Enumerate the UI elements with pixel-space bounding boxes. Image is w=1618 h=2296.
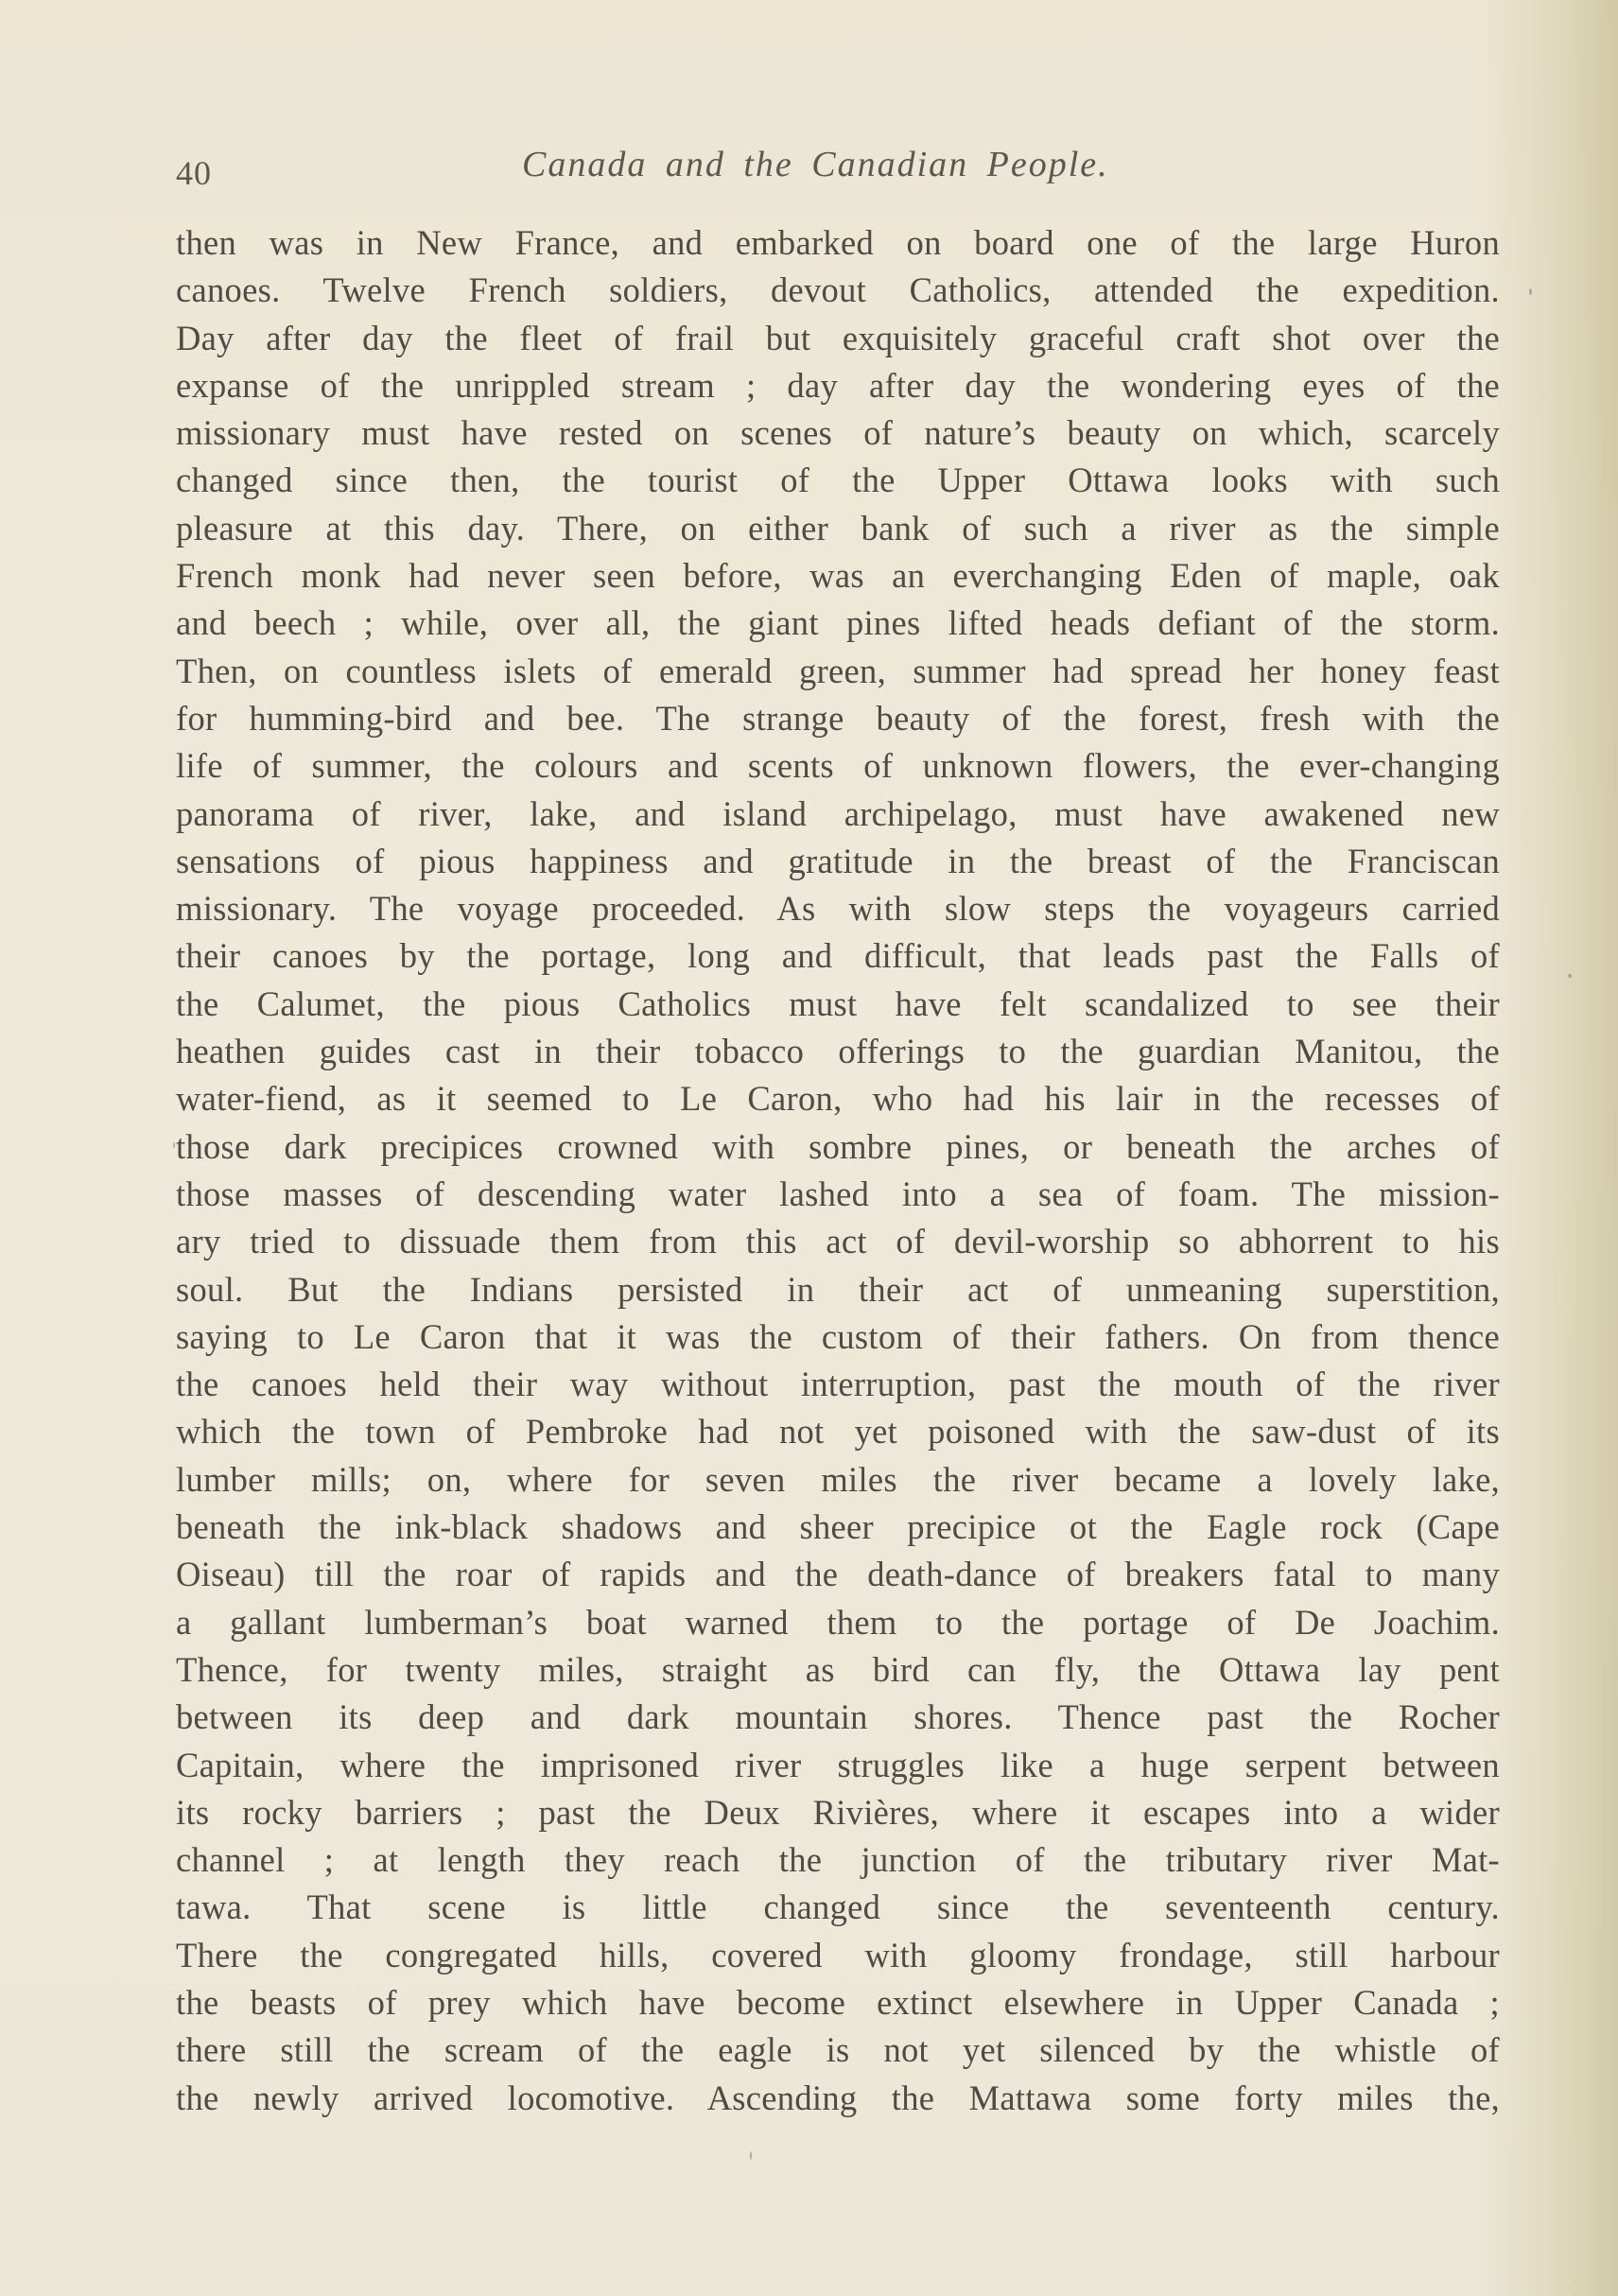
text-line: changed since then, the tourist of the U… [176,457,1500,504]
text-line: which the town of Pembroke had not yet p… [176,1408,1500,1455]
text-line: ary tried to dissuade them from this act… [176,1218,1500,1265]
page-number: 40 [176,153,212,193]
text-line: for humming-bird and bee. The strange be… [176,695,1500,742]
text-line: French monk had never seen before, was a… [176,552,1500,600]
text-line: missionary must have rested on scenes of… [176,409,1500,457]
text-line: sensations of pious happiness and gratit… [176,838,1500,885]
text-line: saying to Le Caron that it was the custo… [176,1313,1500,1361]
text-line: tawa. That scene is little changed since… [176,1884,1500,1931]
text-line: then was in New France, and embarked on … [176,219,1500,267]
body-text: then was in New France, and embarked on … [176,219,1500,2122]
text-line: soul. But the Indians persisted in their… [176,1266,1500,1313]
text-line: Then, on countless islets of emerald gre… [176,648,1500,695]
text-line: Oiseau) till the roar of rapids and the … [176,1551,1500,1598]
text-line: Day after day the fleet of frail but exq… [176,315,1500,362]
text-line: beneath the ink-black shadows and sheer … [176,1504,1500,1551]
text-line: its rocky barriers ; past the Deux Riviè… [176,1789,1500,1836]
text-line: the canoes held their way without interr… [176,1361,1500,1408]
paper-speck [1529,288,1532,295]
text-line: water-fiend, as it seemed to Le Caron, w… [176,1075,1500,1122]
paper-speck [1568,974,1572,978]
paper-speck [750,2151,752,2160]
text-line: the Calumet, the pious Catholics must ha… [176,981,1500,1028]
text-line: there still the scream of the eagle is n… [176,2026,1500,2074]
text-line: Thence, for twenty miles, straight as bi… [176,1646,1500,1694]
text-line: the newly arrived locomotive. Ascending … [176,2075,1500,2122]
text-line: lumber mills; on, where for seven miles … [176,1456,1500,1504]
book-page: 40 Canada and the Canadian People. then … [0,0,1618,2296]
text-line: channel ; at length they reach the junct… [176,1836,1500,1884]
text-line: the beasts of prey which have become ext… [176,1979,1500,2026]
text-line: life of summer, the colours and scents o… [176,742,1500,790]
text-line: and beech ; while, over all, the giant p… [176,600,1500,647]
text-line: those dark precipices crowned with sombr… [176,1123,1500,1171]
text-line: panorama of river, lake, and island arch… [176,791,1500,838]
page-header: 40 Canada and the Canadian People. [176,144,1500,191]
text-line: their canoes by the portage, long and di… [176,932,1500,980]
text-line: a gallant lumberman’s boat warned them t… [176,1599,1500,1646]
text-line: canoes. Twelve French soldiers, devout C… [176,267,1500,314]
text-line: heathen guides cast in their tobacco off… [176,1028,1500,1075]
text-line: missionary. The voyage proceeded. As wit… [176,885,1500,932]
text-line: Capitain, where the imprisoned river str… [176,1742,1500,1789]
text-line: between its deep and dark mountain shore… [176,1694,1500,1741]
text-line: There the congregated hills, covered wit… [176,1932,1500,1979]
running-title: Canada and the Canadian People. [522,144,1109,185]
text-line: pleasure at this day. There, on either b… [176,505,1500,552]
paper-speck [173,1142,175,1148]
text-line: those masses of descending water lashed … [176,1171,1500,1218]
text-line: expanse of the unrippled stream ; day af… [176,362,1500,409]
